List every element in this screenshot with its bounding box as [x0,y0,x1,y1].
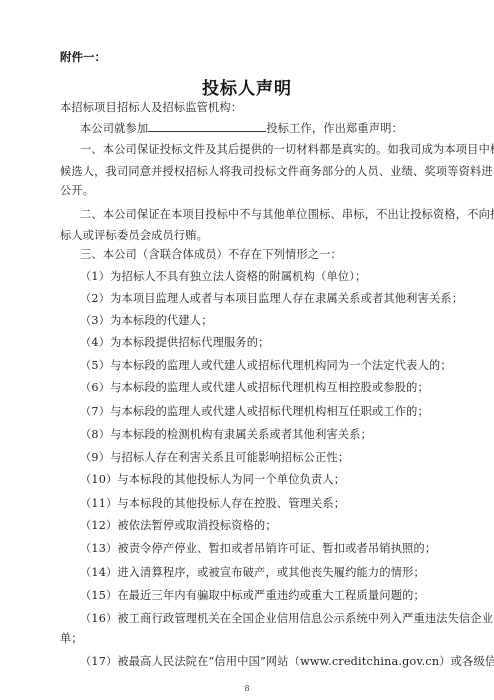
list-item-continuation: 单； [60,632,83,646]
list-item: （3）为本标段的代建人； [80,314,213,328]
list-item: （14）进入清算程序，或被宣布破产，或其他丧失履约能力的情形； [80,566,425,580]
list-item: （12）被依法暂停或取消投标资格的； [80,519,277,533]
para2-line2: 标人或评标委员会成员行贿。 [60,229,208,243]
list-item: （10）与本标段的其他投标人为同一个单位负责人； [80,473,345,487]
salutation: 本招标项目招标人及招标监管机构： [60,101,242,115]
document-page: 附件一： 投标人声明 本招标项目招标人及招标监管机构： 本公司就参加投标工作，作… [0,0,494,700]
list-item: （13）被责令停产停业、暂扣或者吊销许可证、暂扣或者吊销执照的； [80,542,436,556]
page-title: 投标人声明 [0,74,494,99]
list-item: （16）被工商行政管理机关在全国企业信用信息公示系统中列入严重违法失信企业名 [80,612,494,626]
intro-before: 本公司就参加 [80,122,148,135]
page-number: 8 [0,684,494,693]
list-item: （2）为本项目监理人或者与本项目监理人存在隶属关系或者其他利害关系； [80,292,463,306]
intro-after: 投标工作，作出郑重声明： [266,122,403,135]
list-item: （5）与本标段的监理人或代建人或招标代理机构同为一个法定代表人的； [80,359,452,373]
list-item: （11）与本标段的其他投标人存在控股、管理关系； [80,497,345,511]
list-item: （15）在最近三年内有骗取中标或严重违约或重大工程质量问题的； [80,589,425,603]
list-item: （6）与本标段的监理人或代建人或招标代理机构互相控股或参股的； [80,381,429,395]
list-item: （9）与招标人存在利害关系且可能影响招标公正性； [80,451,349,465]
list-item: （8）与本标段的检测机构有隶属关系或者其他利害关系； [80,428,372,442]
list-item: （17）被最高人民法院在“信用中国”网站（www.creditchina.gov… [80,655,494,669]
list-item: （7）与本标段的监理人或代建人或招标代理机构相互任职或工作的； [80,405,429,419]
para3: 三、本公司（含联合体成员）不存在下列情形之一： [80,248,342,262]
intro-line: 本公司就参加投标工作，作出郑重声明： [80,121,403,136]
list-item: （4）为本标段提供招标代理服务的； [80,336,270,350]
project-name-blank [148,121,266,132]
para1-line1: 一、本公司保证投标文件及其后提供的一切材料都是真实的。如我司成为本项目中标 [80,143,494,157]
para1-line3: 公开。 [60,184,94,198]
para2-line1: 二、本公司保证在本项目投标中不与其他单位围标、串标，不出让投标资格，不向招 [80,208,494,222]
list-item: （1）为招标人不具有独立法人资格的附属机构（单位）； [80,270,366,284]
attachment-label: 附件一： [60,49,106,65]
para1-line2: 候选人，我司同意并授权招标人将我司投标文件商务部分的人员、业绩、奖项等资料进行 [60,165,494,179]
